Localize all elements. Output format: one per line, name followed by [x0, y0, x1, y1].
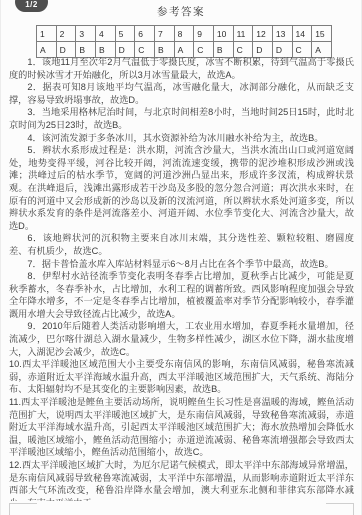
explanation-paragraph: 5．辫状水系形成过程是：洪水期，河流含沙量大，当洪水流出山口或河道宽阔处，地势变…: [9, 144, 354, 232]
answer-number-cell: 4: [95, 26, 115, 42]
page-title: 参考答案: [1, 0, 361, 19]
next-box-corner-right: [326, 503, 354, 515]
explanation-paragraph: 10.西太平洋暖池区域范围大小主要受东南信风的影响，东南信风减弱，秘鲁寒流减弱，…: [9, 358, 354, 396]
answer-number-cell: 3: [76, 26, 96, 42]
next-box-corner-left: [9, 503, 37, 515]
answer-number-cell: 14: [292, 26, 312, 42]
answer-number-cell: 9: [194, 26, 214, 42]
explanation-paragraph: 8．伊犁村水站径流季节变化表明冬春季占比增加，夏秋季占比减少，可能是夏秋季蓄水，…: [9, 270, 354, 320]
answer-number-cell: 6: [135, 26, 155, 42]
answer-number-cell: 8: [174, 26, 194, 42]
explanation-paragraph: 9．2010年后随着人类活动影响增大，工农业用水增加，春夏季耗水量增加，径流减少…: [9, 320, 354, 358]
explanation-paragraph: 7．据卡普恰盖水库入库站材料显示6～8月占比在各个季节中最高，故选B。: [9, 258, 354, 271]
explanation-paragraph: 11.西太平洋暖池是鲣鱼主要活动场所，说明鲣鱼生长习性是喜温暖的海域，鲣鱼活动范…: [9, 396, 354, 459]
answer-number-cell: 2: [56, 26, 76, 42]
answer-number-cell: 7: [154, 26, 174, 42]
explanation-paragraph: 2．据表可知8月该地平均气温高，冰雪融化量大，冰洞部分融化，从而缺乏支撑，容易导…: [9, 81, 354, 106]
answer-number-cell: 15: [312, 26, 332, 42]
explanation-paragraph: 12.西太平洋暖池区域扩大时，为厄尔尼诺气候模式，即太平洋中东部海域异常增温，是…: [9, 459, 354, 501]
page-number-badge: 1/2: [15, 0, 48, 12]
answer-sheet-page: 1/2 参考答案 123456789101112131415 ADBBDCBAC…: [0, 0, 362, 515]
answer-number-cell: 10: [213, 26, 233, 42]
answer-table: 123456789101112131415 ADBBDCBACBCDDCA: [36, 25, 332, 58]
answer-number-cell: 1: [37, 26, 57, 42]
answer-number-cell: 13: [272, 26, 292, 42]
answer-number-row: 123456789101112131415: [37, 26, 332, 42]
explanation-paragraph: 1．该地11月至次年2月气温低于零摄氏度，冰雪不断积累，待到气温高于零摄氏度的时…: [9, 56, 354, 81]
explanation-paragraph: 3．当地采用格林尼治时间，与北京时间相差8小时，当地时间25日15时，此时北京时…: [9, 106, 354, 131]
answer-number-cell: 5: [115, 26, 135, 42]
answer-number-cell: 12: [253, 26, 273, 42]
explanation-paragraph: 4．该河流发源于多条冰川，其水资源补给为冰川融水补给为主，故选B。: [9, 132, 354, 145]
answer-number-cell: 11: [233, 26, 253, 42]
explanation-paragraph: 6．该地辫状河的沉积物主要来自冰川末端，其分选性差、颗粒较粗、磨圆度差、有机质少…: [9, 232, 354, 257]
explanations: 1．该地11月至次年2月气温低于零摄氏度，冰雪不断积累，待到气温高于零摄氏度的时…: [9, 56, 354, 501]
